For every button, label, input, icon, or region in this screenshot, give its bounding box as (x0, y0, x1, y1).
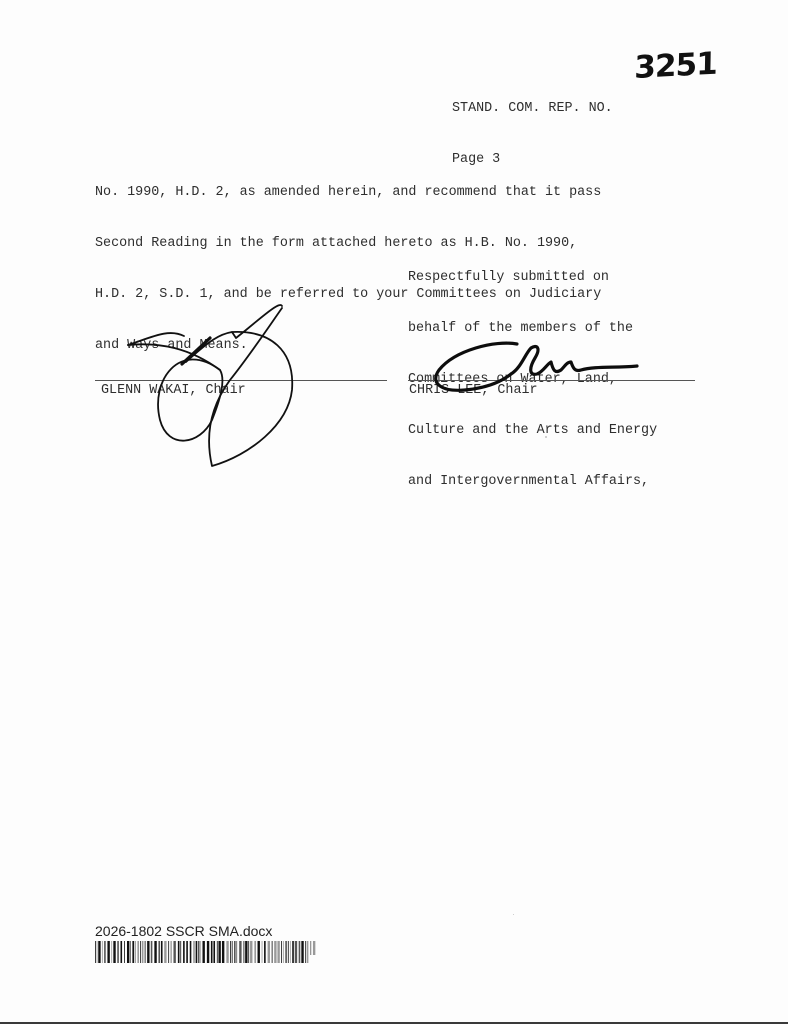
signature-line-left (95, 380, 387, 381)
submission-line: and Intergovernmental Affairs, (408, 473, 657, 490)
handwritten-report-number: 3251 (634, 46, 717, 86)
signatory-name-lee: CHRIS LEE, Chair (409, 382, 538, 399)
report-label: STAND. COM. REP. NO. (452, 100, 613, 117)
submission-line: Culture and the Arts and Energy (408, 422, 657, 439)
submission-line: Respectfully submitted on (408, 269, 657, 286)
signatory-name-wakai: GLENN WAKAI, Chair (101, 382, 246, 399)
document-page: STAND. COM. REP. NO. Page 3 3251 No. 199… (0, 0, 788, 1022)
scan-speck (545, 436, 547, 438)
barcode-icon (95, 941, 320, 963)
submission-line: behalf of the members of the (408, 320, 657, 337)
scan-speck (513, 914, 514, 915)
body-line: No. 1990, H.D. 2, as amended herein, and… (95, 184, 601, 201)
signature-line-right (408, 380, 695, 381)
footer-filename: 2026-1802 SSCR SMA.docx (95, 923, 272, 939)
